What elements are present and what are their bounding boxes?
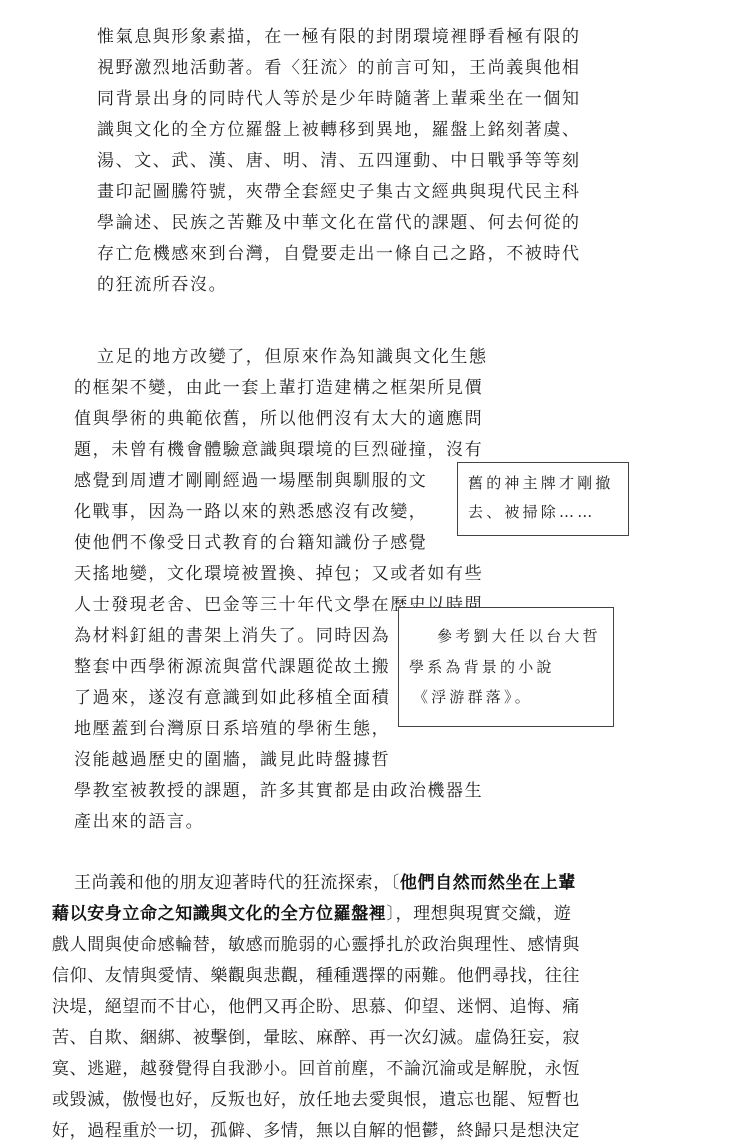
text-line: 存亡危機感來到台灣，自覺要走出一條自己之路，不被時代	[97, 244, 581, 264]
text-emphasis: 藉以安身立命之知識與文化的全方位羅盤裡	[52, 904, 386, 924]
text-line: 決堤，絕望而不甘心，他們又再企盼、思慕、仰望、迷惘、追悔、痛	[52, 997, 580, 1017]
note-line: 參考劉大任以台大哲	[437, 627, 601, 645]
text-emphasis: 他們自然而然坐在上輩	[400, 873, 576, 893]
text-plain: 王尚義和他的朋友迎著時代的狂流探索，〔	[74, 873, 400, 893]
text-line: 使他們不像受日式教育的台籍知識份子感覺	[74, 533, 427, 553]
note-line: 去、被掃除……	[468, 503, 595, 521]
text-line: 寞、逃避，越發覺得自我渺小。回首前塵，不論沉淪或是解脫，永恆	[52, 1059, 580, 1079]
text-line: 天搖地變，文化環境被置換、掉包；又或者如有些	[74, 564, 483, 584]
text-line: 藉以安身立命之知識與文化的全方位羅盤裡〕，理想與現實交織，遊	[52, 904, 572, 924]
text-line: 或毀滅，傲慢也好，反叛也好，放任地去愛與恨，遺忘也罷、短暫也	[52, 1090, 580, 1110]
text-line: 為材料釘組的書架上消失了。同時因為	[74, 626, 390, 646]
note-line: 舊的神主牌才剛撤	[468, 474, 614, 492]
text-line: 苦、自欺、綑綁、被擊倒，暈眩、麻醉、再一次幻滅。虛偽狂妄，寂	[52, 1028, 580, 1048]
text-line: 題，未曾有機會體驗意識與環境的巨烈碰撞，沒有	[74, 440, 483, 460]
text-line: 地壓蓋到台灣原日系培殖的學術生態，	[74, 719, 390, 739]
text-line: 視野激烈地活動著。看〈狂流〉的前言可知，王尚義與他相	[97, 58, 581, 78]
text-line: 的框架不變，由此一套上輩打造建構之框架所見價	[74, 378, 483, 398]
text-line: 的狂流所吞沒。	[97, 275, 227, 295]
text-line: 學論述、民族之苦難及中華文化在當代的課題、何去何從的	[97, 213, 581, 233]
text-line: 信仰、友情與愛情、樂觀與悲觀，種種選擇的兩難。他們尋找，往往	[52, 966, 580, 986]
text-line: 沒能越過歷史的圍牆，識見此時盤據哲	[74, 750, 390, 770]
text-line: 值與學術的典範依舊，所以他們沒有太大的適應問	[74, 409, 483, 429]
text-line: 王尚義和他的朋友迎著時代的狂流探索，〔他們自然而然坐在上輩	[74, 873, 576, 893]
text-line: 惟氣息與形象素描，在一極有限的封閉環境裡睜看極有限的	[97, 27, 581, 47]
text-line: 感覺到周遭才剛剛經過一場壓制與馴服的文	[74, 471, 427, 491]
text-line: 好，過程重於一切，孤僻、多情，無以自解的悒鬱，終歸只是想決定	[52, 1121, 580, 1141]
text-line: 識與文化的全方位羅盤上被轉移到異地，羅盤上銘刻著虞、	[97, 120, 581, 140]
text-line: 產出來的語言。	[74, 812, 204, 832]
margin-note-box-2: 參考劉大任以台大哲 學系為背景的小說 《浮游群落》。	[398, 607, 614, 727]
note-line: 《浮游群落》。	[413, 688, 533, 706]
text-line: 畫印記圖騰符號，夾帶全套經史子集古文經典與現代民主科	[97, 182, 581, 202]
text-line: 湯、文、武、漢、唐、明、清、五四運動、中日戰爭等等刻	[97, 151, 581, 171]
note-line: 學系為背景的小說	[409, 658, 555, 676]
margin-note-box-1: 舊的神主牌才剛撤 去、被掃除……	[457, 462, 629, 536]
text-plain: 〕，理想與現實交織，遊	[386, 904, 571, 924]
text-line: 了過來，遂沒有意識到如此移植全面積	[74, 688, 390, 708]
text-line: 整套中西學術源流與當代課題從故土搬	[74, 657, 390, 677]
text-line: 立足的地方改變了，但原來作為知識與文化生態	[97, 347, 488, 367]
text-line: 同背景出身的同時代人等於是少年時隨著上輩乘坐在一個知	[97, 89, 581, 109]
text-line: 戲人間與使命感輪替，敏感而脆弱的心靈掙扎於政治與理性、感情與	[52, 935, 580, 955]
text-line: 化戰事，因為一路以來的熟悉感沒有改變，	[74, 502, 427, 522]
text-line: 學教室被教授的課題，許多其實都是由政治機器生	[74, 781, 483, 801]
